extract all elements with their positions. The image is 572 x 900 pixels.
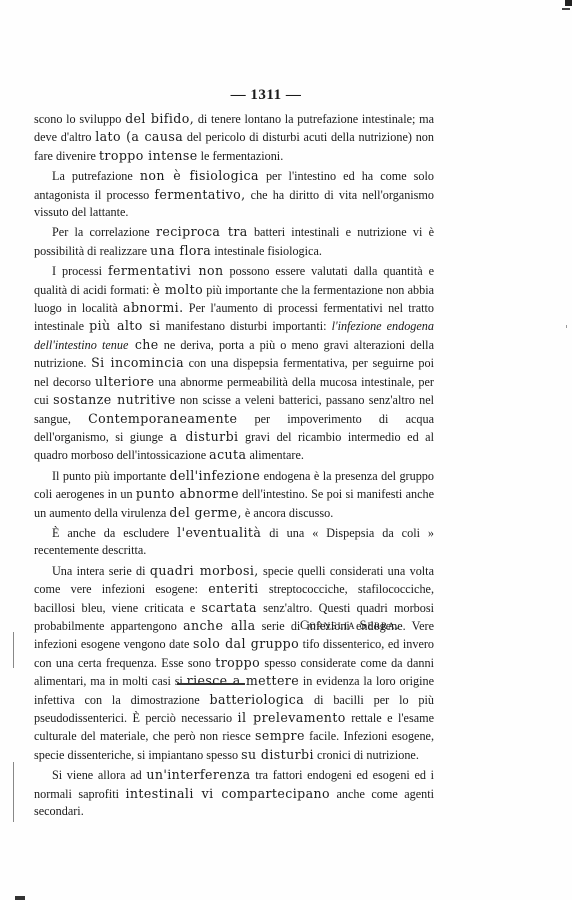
emphasized-text: punto abnorme [136,486,239,501]
emphasized-text: l'eventualità [177,525,261,540]
emphasized-text: su disturbi [241,747,314,762]
emphasized-text: a disturbi [170,429,239,444]
text-run: alimentare. [246,448,304,462]
text-run: La putrefazione [52,169,140,183]
emphasized-text: solo dal gruppo [193,636,299,651]
scan-artifact-bottom-left [15,896,25,900]
emphasized-text: reciproca tra [156,224,248,239]
paragraph: Il punto più importante dell'infezione e… [34,467,434,522]
paragraph: Si viene allora ad un'interferenza tra f… [34,766,434,820]
paragraph: Per la correlazione reciproca tra batter… [34,223,434,260]
text-run: è ancora discusso. [242,506,333,520]
emphasized-text: non è fisiologica [140,168,259,183]
scan-artifact-top-right [565,0,572,6]
emphasized-text: del bifido, [125,111,194,126]
end-rule-divider [177,683,245,685]
emphasized-text: sempre [255,728,305,743]
emphasized-text: è molto [152,282,203,297]
emphasized-text: dell'infezione [169,468,260,483]
scan-artifact-left-margin-line [13,632,14,668]
emphasized-text: il prelevamento [238,710,346,725]
emphasized-text: scartata [202,600,257,615]
emphasized-text: troppo intense [99,148,198,163]
text-run: Il punto più importante [52,469,169,483]
text-run: Per la correlazione [52,225,156,239]
emphasized-text: anche alla [183,618,255,633]
emphasized-text: enteriti [208,581,258,596]
emphasized-text: riesce a mettere [187,673,299,688]
scan-artifact-left-margin-line-2 [13,762,14,822]
emphasized-text: fermentativi non [108,263,224,278]
text-run: manifestano disturbi importanti: [160,319,331,333]
emphasized-text: più alto si [89,318,160,333]
emphasized-text: batteriologica [210,692,305,707]
emphasized-text: ulteriore [95,374,154,389]
emphasized-text: lato (a causa [95,129,183,144]
text-run: Una intera serie di [52,564,150,578]
emphasized-text: Si incomincia [91,355,184,370]
emphasized-text: sostanze nutritive [53,392,176,407]
article-body: scono lo sviluppo del bifido, di tenere … [34,110,434,822]
paragraph: La putrefazione non è fisiologica per l'… [34,167,434,221]
emphasized-text: troppo [215,655,260,670]
emphasized-text: Contemporaneamente [88,411,237,426]
document-page: — 1311 — scono lo sviluppo del bifido, d… [0,0,572,900]
emphasized-text: fermentativo, [154,187,245,202]
paragraph: Una intera serie di quadri morbosi, spec… [34,562,434,764]
emphasized-text: che [128,337,158,352]
paragraph: scono lo sviluppo del bifido, di tenere … [34,110,434,165]
emphasized-text: intestinali vi compartecipano [125,786,330,801]
scan-artifact-right-margin [566,325,567,328]
emphasized-text: quadri morbosi, [150,563,259,578]
emphasized-text: un'interferenza [146,767,250,782]
emphasized-text: abnormi. [123,300,183,315]
author-signature: Cornelia Serra. [300,618,400,633]
text-run: È anche da escludere [52,526,177,540]
paragraph: È anche da escludere l'eventualità di un… [34,524,434,560]
text-run: Si viene allora ad [52,768,146,782]
emphasized-text: del germe, [169,505,241,520]
text-run: scono lo sviluppo [34,112,125,126]
text-run: intestinale fisiologica. [211,244,322,258]
text-run: I processi [52,264,108,278]
text-run: cronici di nutrizione. [314,748,419,762]
scan-artifact-top-right-2 [562,8,570,10]
page-number: — 1311 — [0,87,572,104]
paragraph: I processi fermentativi non possono esse… [34,262,434,464]
text-run: le fermentazioni. [198,149,284,163]
emphasized-text: acuta [209,447,246,462]
emphasized-text: una flora [150,243,211,258]
